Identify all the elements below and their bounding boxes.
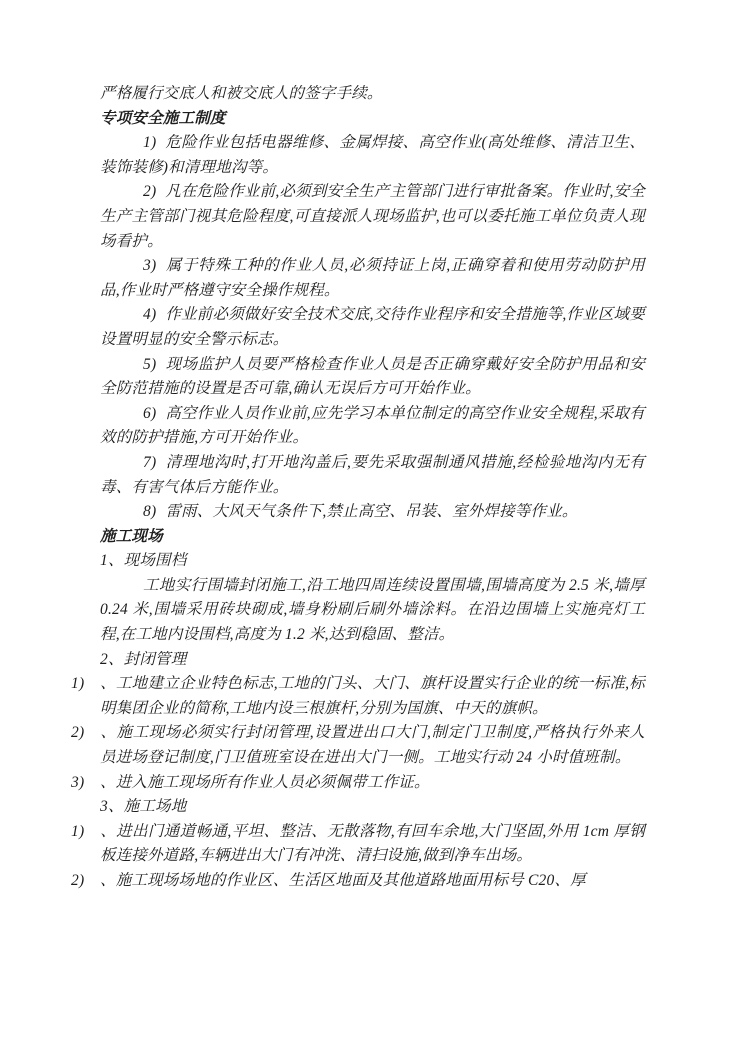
numbered-item-4: 4)作业前必须做好安全技术交底,交待作业程序和安全措施等,作业区域要设置明显的安… [100, 303, 645, 352]
item-text: 凡在危险作业前,必须到安全生产主管部门进行审批备案。作业时,安全生产主管部门视其… [100, 183, 645, 249]
section-heading-special-safety: 专项安全施工制度 [100, 107, 645, 132]
section-heading-construction-site: 施工现场 [100, 525, 645, 550]
item-text: 属于特殊工种的作业人员,必须持证上岗,正确穿着和使用劳动防护用品,作业时严格遵守… [100, 257, 645, 299]
item-number: 7) [143, 454, 156, 471]
item-number: 3) [71, 771, 100, 796]
list-item: 1)、进出门通道畅通,平坦、整洁、无散落物,有回车余地,大门坚固,外用 1cm … [100, 820, 645, 869]
item-text: 、工地建立企业特色标志,工地的门头、大门、旗杆设置实行企业的统一标准,标明集团企… [100, 675, 645, 717]
body-paragraph-enclosure-wall: 工地实行围墙封闭施工,沿工地四周连续设置围墙,围墙高度为 2.5 米,墙厚 0.… [100, 574, 645, 648]
document-body: 严格履行交底人和被交底人的签字手续。 专项安全施工制度 1)危险作业包括电器维修… [100, 82, 645, 894]
item-number: 8) [143, 503, 156, 520]
item-text: 、进出门通道畅通,平坦、整洁、无散落物,有回车余地,大门坚固,外用 1cm 厚钢… [100, 823, 645, 865]
numbered-item-5: 5)现场监护人员要严格检查作业人员是否正确穿戴好安全防护用品和安全防范措施的设置… [100, 353, 645, 402]
numbered-item-2: 2)凡在危险作业前,必须到安全生产主管部门进行审批备案。作业时,安全生产主管部门… [100, 180, 645, 254]
numbered-item-6: 6)高空作业人员作业前,应先学习本单位制定的高空作业安全规程,采取有效的防护措施… [100, 402, 645, 451]
item-text: 现场监护人员要严格检查作业人员是否正确穿戴好安全防护用品和安全防范措施的设置是否… [100, 356, 645, 398]
item-text: 危险作业包括电器维修、金属焊接、高空作业(高处维修、清洁卫生、装饰装修)和清理地… [100, 134, 645, 176]
paragraph-continuation: 严格履行交底人和被交底人的签字手续。 [100, 82, 645, 107]
item-number: 1) [71, 820, 100, 845]
numbered-item-1: 1)危险作业包括电器维修、金属焊接、高空作业(高处维修、清洁卫生、装饰装修)和清… [100, 131, 645, 180]
item-number: 3) [143, 257, 156, 274]
item-number: 2) [71, 721, 100, 746]
item-number: 4) [143, 306, 156, 323]
numbered-item-3: 3)属于特殊工种的作业人员,必须持证上岗,正确穿着和使用劳动防护用品,作业时严格… [100, 254, 645, 303]
list-item: 3)、进入施工现场所有作业人员必须佩带工作证。 [100, 771, 645, 796]
item-text: 高空作业人员作业前,应先学习本单位制定的高空作业安全规程,采取有效的防护措施,方… [100, 405, 645, 447]
item-number: 1) [143, 134, 156, 151]
numbered-item-8: 8)雷雨、大风天气条件下,禁止高空、吊装、室外焊接等作业。 [100, 500, 645, 525]
numbered-item-7: 7)清理地沟时,打开地沟盖后,要先采取强制通风措施,经检验地沟内无有毒、有害气体… [100, 451, 645, 500]
item-number: 1) [71, 672, 100, 697]
item-text: 雷雨、大风天气条件下,禁止高空、吊装、室外焊接等作业。 [165, 503, 577, 520]
subsection-title-closed-management: 2、封闭管理 [100, 648, 645, 673]
subsection-title-construction-ground: 3、施工场地 [100, 795, 645, 820]
item-number: 2) [143, 183, 156, 200]
item-number: 6) [143, 405, 156, 422]
list-item: 2)、施工现场必须实行封闭管理,设置进出口大门,制定门卫制度,严格执行外来人员进… [100, 721, 645, 770]
item-text: 、施工现场必须实行封闭管理,设置进出口大门,制定门卫制度,严格执行外来人员进场登… [100, 724, 645, 766]
item-text: 、进入施工现场所有作业人员必须佩带工作证。 [100, 774, 430, 791]
item-text: 清理地沟时,打开地沟盖后,要先采取强制通风措施,经检验地沟内无有毒、有害气体后方… [100, 454, 645, 496]
item-number: 2) [71, 869, 100, 894]
document-page: 严格履行交底人和被交底人的签字手续。 专项安全施工制度 1)危险作业包括电器维修… [0, 0, 744, 1052]
list-item: 1)、工地建立企业特色标志,工地的门头、大门、旗杆设置实行企业的统一标准,标明集… [100, 672, 645, 721]
item-text: 作业前必须做好安全技术交底,交待作业程序和安全措施等,作业区域要设置明显的安全警… [100, 306, 645, 348]
item-text: 、施工现场场地的作业区、生活区地面及其他道路地面用标号 C20、厚 [100, 872, 586, 889]
item-number: 5) [143, 356, 156, 373]
subsection-title-site-enclosure: 1、现场围档 [100, 549, 645, 574]
list-item: 2)、施工现场场地的作业区、生活区地面及其他道路地面用标号 C20、厚 [100, 869, 645, 894]
